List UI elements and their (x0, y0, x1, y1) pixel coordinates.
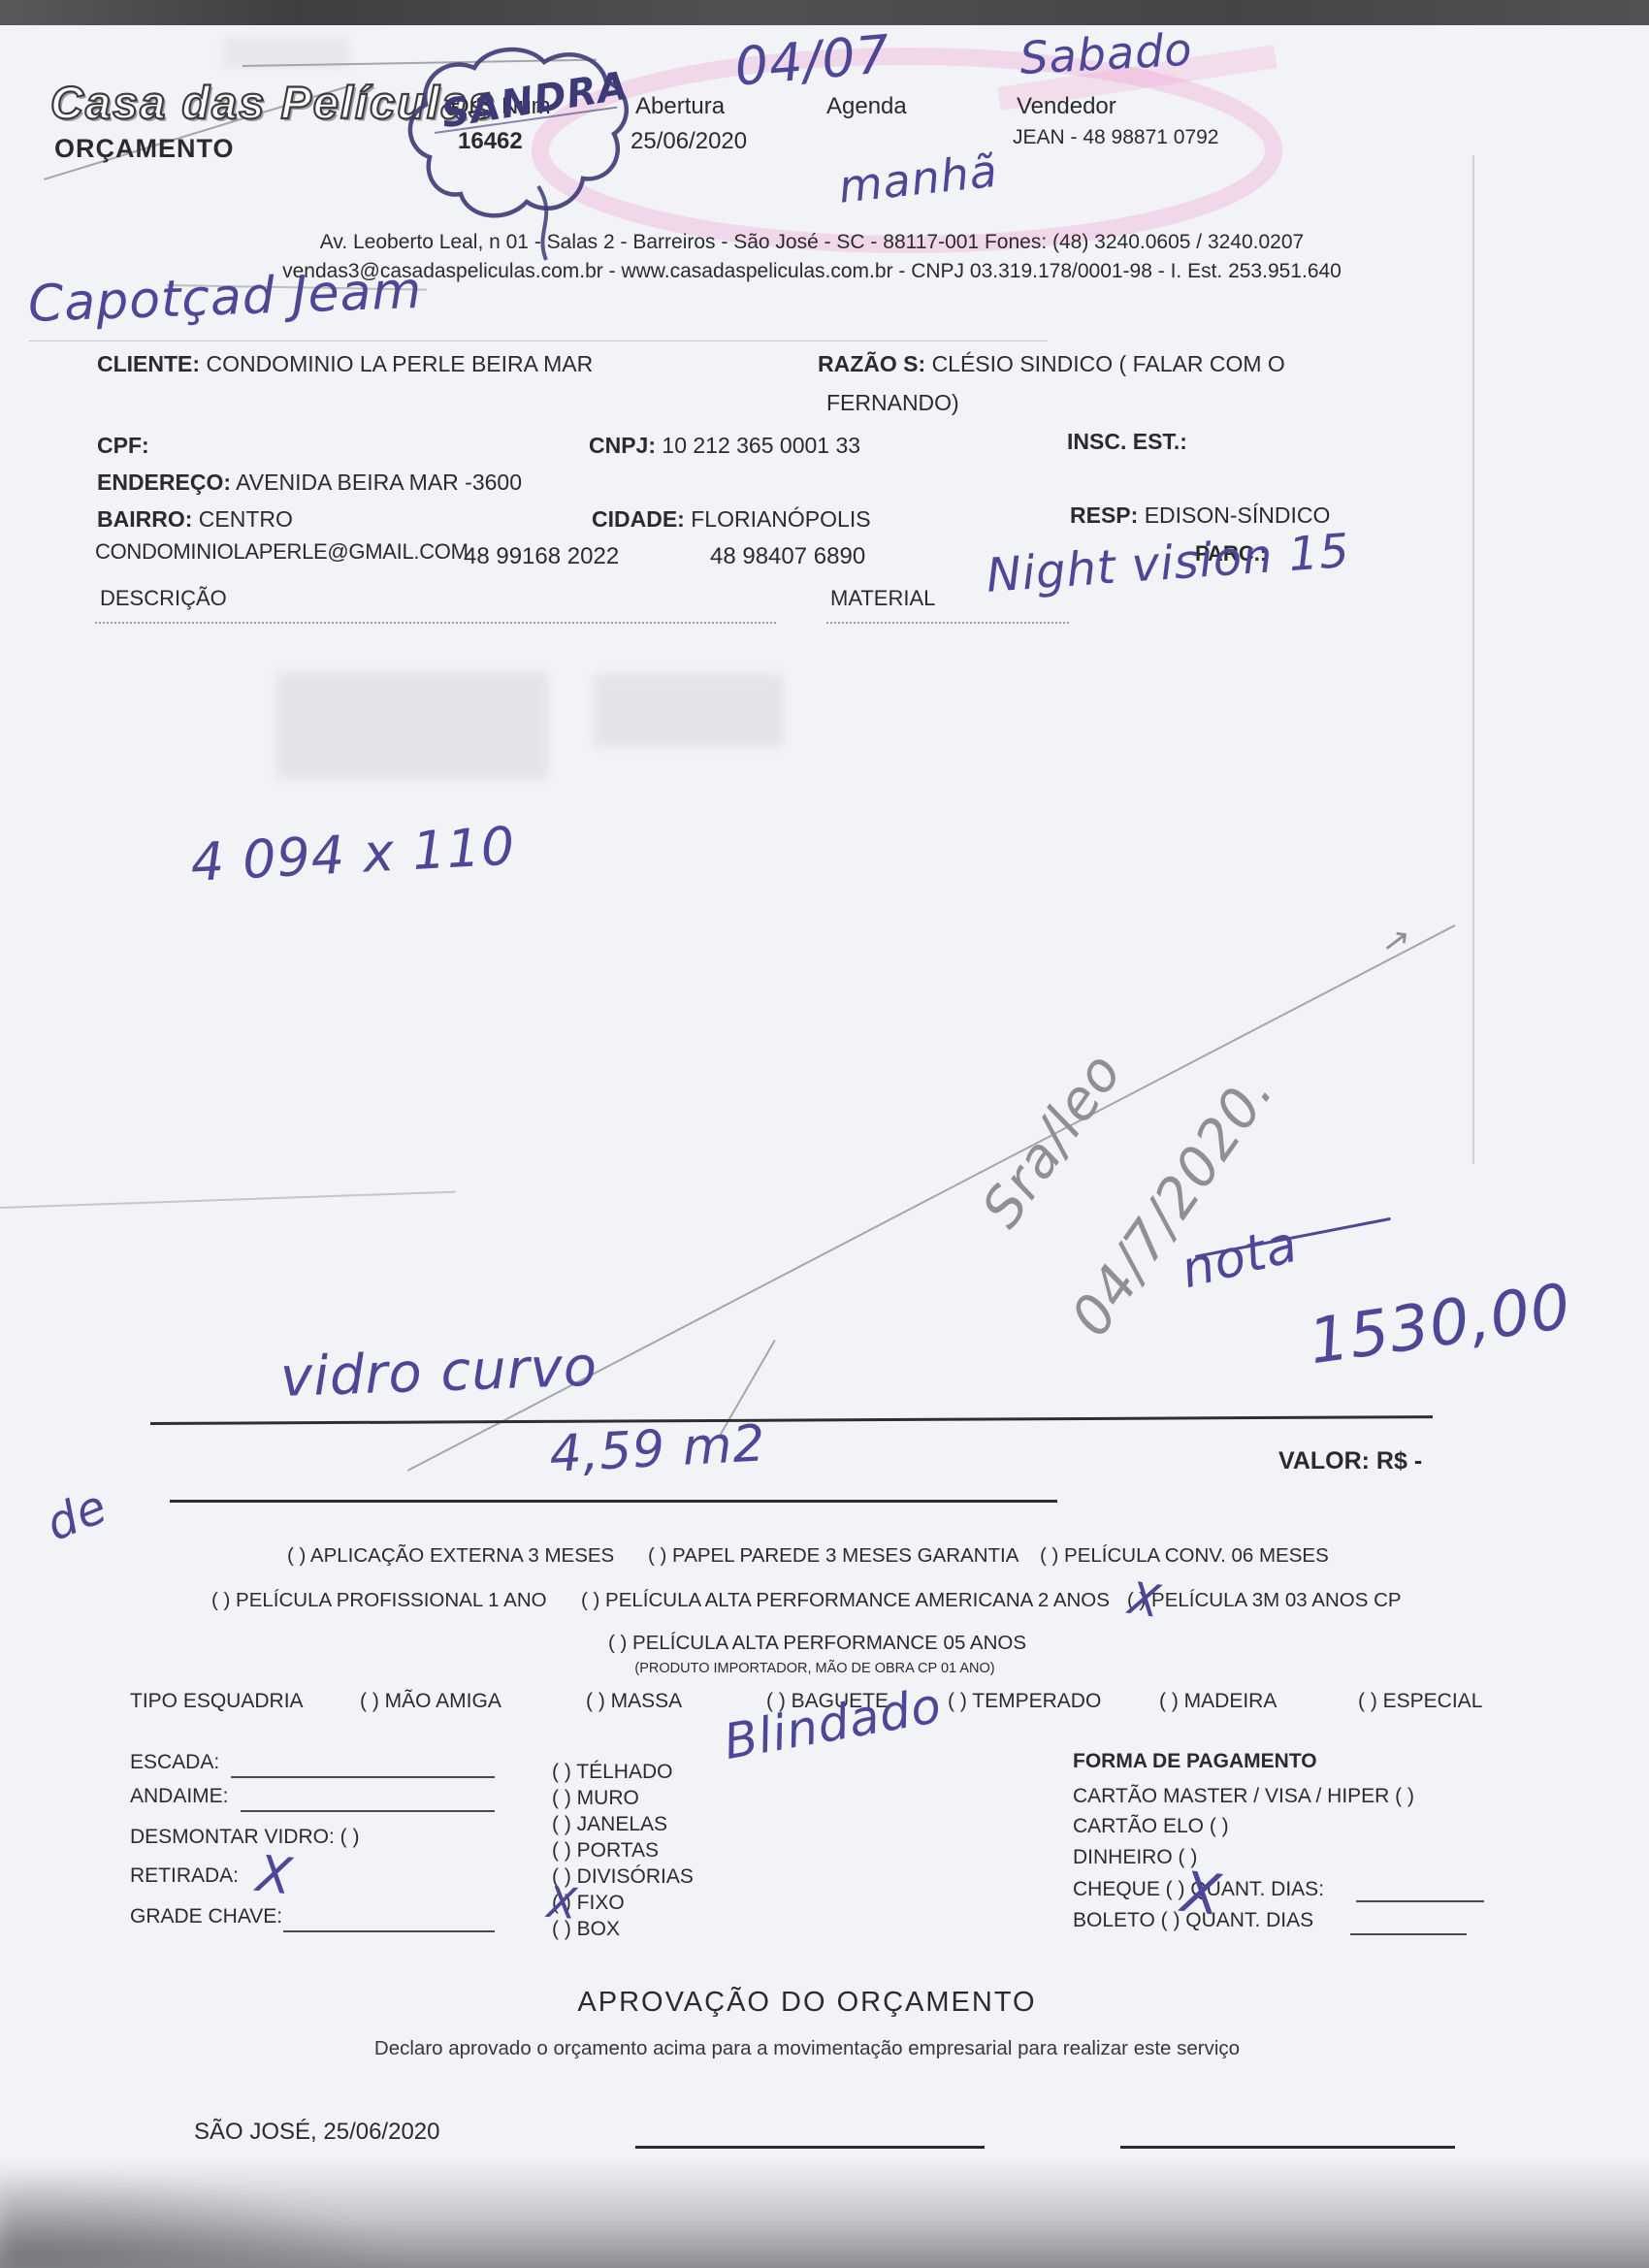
cidade-value: FLORIANÓPOLIS (691, 506, 870, 532)
approval-declaration: Declaro aprovado o orçamento acima para … (225, 2037, 1389, 2060)
razao-row: RAZÃO S: CLÉSIO SINDICO ( FALAR COM O (818, 351, 1285, 377)
escada-blank-line (231, 1776, 495, 1778)
retirada-label: RETIRADA: (130, 1864, 239, 1888)
payment-option: DINHEIRO ( ) (1073, 1846, 1197, 1869)
endereco-value: AVENIDA BEIRA MAR -3600 (236, 470, 522, 495)
handwritten-nota-note: nota (1176, 1215, 1304, 1300)
right-margin-line (1472, 155, 1474, 1164)
material-header: MATERIAL (830, 586, 935, 611)
resp-label: RESP: (1070, 502, 1138, 528)
vendedor-value: JEAN - 48 98871 0792 (1013, 126, 1218, 149)
razao-row-line2: FERNANDO) (826, 390, 959, 416)
cheque-days-blank-line (1356, 1900, 1484, 1902)
abertura-value: 25/06/2020 (630, 128, 747, 155)
handwritten-pencil-names: Sra/leo (970, 1042, 1135, 1240)
warranty-option: ( ) PELÍCULA CONV. 06 MESES (1040, 1544, 1329, 1568)
payment-option: CARTÃO ELO ( ) (1073, 1815, 1229, 1838)
desc-rule-line-1 (150, 1415, 1433, 1425)
surface-option: ( ) MURO (552, 1787, 639, 1810)
cnpj-label: CNPJ: (589, 433, 656, 458)
paper-crease-line (0, 1191, 456, 1209)
handwritten-value: 1530,00 (1305, 1271, 1575, 1378)
company-address-line1: Av. Leoberto Leal, n 01 - Salas 2 - Barr… (133, 231, 1491, 254)
cidade-row: CIDADE: FLORIANÓPOLIS (592, 506, 871, 533)
razao-label: RAZÃO S: (818, 351, 925, 376)
esquadria-option: ( ) MÃO AMIGA (360, 1690, 501, 1713)
esquadria-option: ( ) MADEIRA (1159, 1690, 1277, 1713)
escada-label: ESCADA: (130, 1751, 219, 1774)
cnpj-row: CNPJ: 10 212 365 0001 33 (589, 433, 860, 459)
insc-est-label: INSC. EST.: (1067, 429, 1187, 455)
handwritten-schedule-day: Sabado (1018, 23, 1194, 84)
desc-rule-line-2 (170, 1500, 1057, 1503)
agenda-label: Agenda (826, 93, 907, 120)
handwritten-x-pelicula-3m: X (1125, 1571, 1164, 1628)
payment-option: CARTÃO MASTER / VISA / HIPER ( ) (1073, 1785, 1414, 1808)
client-phone-1: 48 99168 2022 (464, 543, 619, 570)
handwritten-x-boleto: X (1179, 1859, 1225, 1928)
signature-line (635, 2146, 985, 2149)
scanner-corner-smudge (0, 2173, 407, 2268)
pencil-arrow-mark: ↗ (1379, 920, 1413, 962)
warranty-option: ( ) PELÍCULA 3M 03 ANOS CP (1127, 1589, 1402, 1612)
razao-value: CLÉSIO SINDICO ( FALAR COM O (932, 351, 1285, 376)
payment-title: FORMA DE PAGAMENTO (1073, 1750, 1317, 1773)
client-phone-2: 48 98407 6890 (710, 543, 865, 570)
warranty-option: ( ) PELÍCULA ALTA PERFORMANCE 05 ANOS (608, 1632, 1026, 1655)
cliente-value: CONDOMINIO LA PERLE BEIRA MAR (206, 351, 593, 376)
boleto-days-blank-line (1350, 1933, 1467, 1935)
grade-chave-blank-line (283, 1930, 495, 1932)
scanned-budget-form: Casa das Películas ORÇAMENTO SANDRA Orç.… (0, 0, 1649, 2268)
bairro-row: BAIRRO: CENTRO (97, 506, 293, 533)
cliente-label: CLIENTE: (97, 351, 200, 376)
cpf-label: CPF: (97, 433, 149, 459)
warranty-subnote: (PRODUTO IMPORTADOR, MÃO DE OBRA CP 01 A… (407, 1661, 1222, 1676)
doc-type-title: ORÇAMENTO (54, 134, 235, 164)
warranty-option: ( ) PAPEL PAREDE 3 MESES GARANTIA (648, 1544, 1018, 1568)
resp-row: RESP: EDISON-SÍNDICO (1070, 502, 1330, 529)
bairro-value: CENTRO (199, 506, 293, 532)
bairro-label: BAIRRO: (97, 506, 192, 532)
endereco-row: ENDEREÇO: AVENIDA BEIRA MAR -3600 (97, 470, 522, 496)
handwritten-desc-area: 4,59 m2 (548, 1414, 767, 1484)
andaime-blank-line (241, 1810, 495, 1812)
material-ruled-line (826, 622, 1069, 624)
endereco-label: ENDEREÇO: (97, 470, 231, 495)
approval-title: APROVAÇÃO DO ORÇAMENTO (322, 1987, 1292, 2019)
handwritten-initials: de (39, 1479, 114, 1552)
valor-label: VALOR: R$ - (1278, 1447, 1422, 1475)
esquadria-option: ( ) ESPECIAL (1358, 1690, 1482, 1713)
warranty-option: ( ) PELÍCULA PROFISSIONAL 1 ANO (211, 1589, 547, 1612)
handwritten-measure-note: 4 094 x 110 (189, 815, 517, 892)
handwritten-x-fixo: X (545, 1878, 579, 1929)
cidade-label: CIDADE: (592, 506, 685, 532)
desmontar-vidro-label: DESMONTAR VIDRO: ( ) (130, 1826, 359, 1849)
abertura-label: Abertura (635, 93, 725, 120)
esquadria-option: ( ) MASSA (586, 1690, 682, 1713)
descricao-ruled-line (95, 622, 776, 624)
andaime-label: ANDAIME: (130, 1785, 229, 1808)
handwritten-material-note: Night vision 15 (985, 524, 1351, 603)
surface-option: ( ) TÉLHADO (552, 1761, 672, 1784)
warranty-option: ( ) APLICAÇÃO EXTERNA 3 MESES (287, 1544, 614, 1568)
surface-option: ( ) PORTAS (552, 1839, 659, 1863)
grade-chave-label: GRADE CHAVE: (130, 1905, 282, 1928)
esquadria-label: TIPO ESQUADRIA (130, 1690, 304, 1713)
handwritten-desc-item: vidro curvo (279, 1336, 598, 1409)
client-email: CONDOMINIOLAPERLE@GMAIL.COM (95, 539, 469, 565)
resp-value: EDISON-SÍNDICO (1145, 502, 1331, 528)
descricao-header: DESCRIÇÃO (100, 586, 227, 611)
handwritten-top-note: Capotçad Jeam (27, 262, 423, 334)
surface-option: ( ) JANELAS (552, 1813, 667, 1836)
esquadria-option: ( ) TEMPERADO (948, 1690, 1101, 1713)
warranty-option: ( ) PELÍCULA ALTA PERFORMANCE AMERICANA … (581, 1589, 1110, 1612)
signature-line (1120, 2146, 1455, 2149)
separator-line (29, 340, 1048, 341)
handwritten-x-retirada: X (254, 1845, 296, 1906)
approval-city-date: SÃO JOSÉ, 25/06/2020 (194, 2119, 440, 2146)
cliente-row: CLIENTE: CONDOMINIO LA PERLE BEIRA MAR (97, 351, 593, 377)
bleedthrough-blob (276, 672, 548, 779)
cnpj-value: 10 212 365 0001 33 (662, 433, 860, 458)
scanner-top-edge (0, 0, 1649, 25)
bleedthrough-blob (594, 674, 783, 747)
vendedor-label: Vendedor (1017, 93, 1116, 120)
